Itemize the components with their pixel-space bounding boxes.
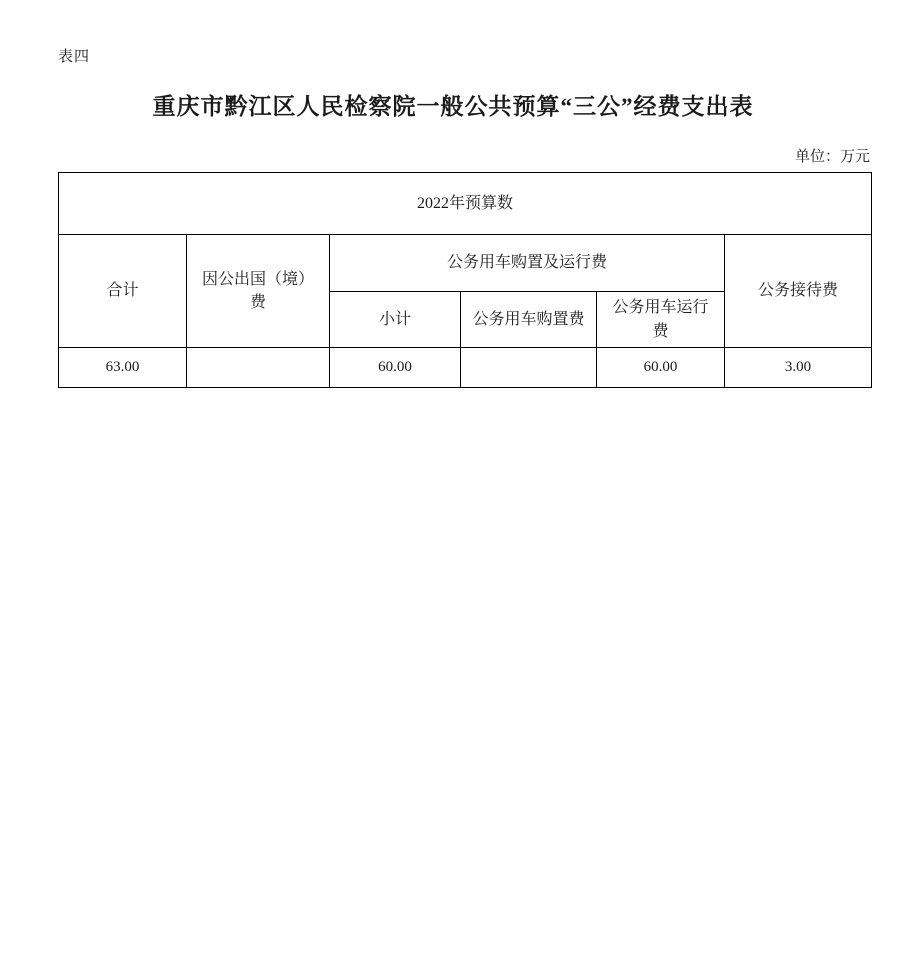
table-row-header-1: 合计 因公出国（境）费 公务用车购置及运行费 公务接待费 <box>59 235 872 292</box>
value-vehicle-purchase <box>461 348 597 388</box>
table-row-data: 63.00 60.00 60.00 3.00 <box>59 348 872 388</box>
page-title: 重庆市黔江区人民检察院一般公共预算“三公”经费支出表 <box>0 88 906 121</box>
budget-table: 2022年预算数 合计 因公出国（境）费 公务用车购置及运行费 公务接待费 小计… <box>58 172 872 388</box>
header-abroad-text: 因公出国（境）费 <box>198 268 318 314</box>
header-vehicle-operation: 公务用车运行费 <box>597 292 725 348</box>
header-reception: 公务接待费 <box>725 235 872 348</box>
header-vehicle-subtotal: 小计 <box>330 292 461 348</box>
table-row-year: 2022年预算数 <box>59 173 872 235</box>
header-vehicle-purchase: 公务用车购置费 <box>461 292 597 348</box>
header-total: 合计 <box>59 235 187 348</box>
value-vehicle-operation: 60.00 <box>597 348 725 388</box>
value-abroad <box>187 348 330 388</box>
header-vehicle-group: 公务用车购置及运行费 <box>330 235 725 292</box>
header-vehicle-operation-text: 公务用车运行费 <box>609 296 713 342</box>
header-abroad: 因公出国（境）费 <box>187 235 330 348</box>
value-reception: 3.00 <box>725 348 872 388</box>
year-header-cell: 2022年预算数 <box>59 173 872 235</box>
unit-note: 单位：万元 <box>58 145 870 166</box>
table-number-label: 表四 <box>58 45 90 66</box>
value-vehicle-subtotal: 60.00 <box>330 348 461 388</box>
document-page: 表四 重庆市黔江区人民检察院一般公共预算“三公”经费支出表 单位：万元 2022… <box>0 0 906 977</box>
value-total: 63.00 <box>59 348 187 388</box>
